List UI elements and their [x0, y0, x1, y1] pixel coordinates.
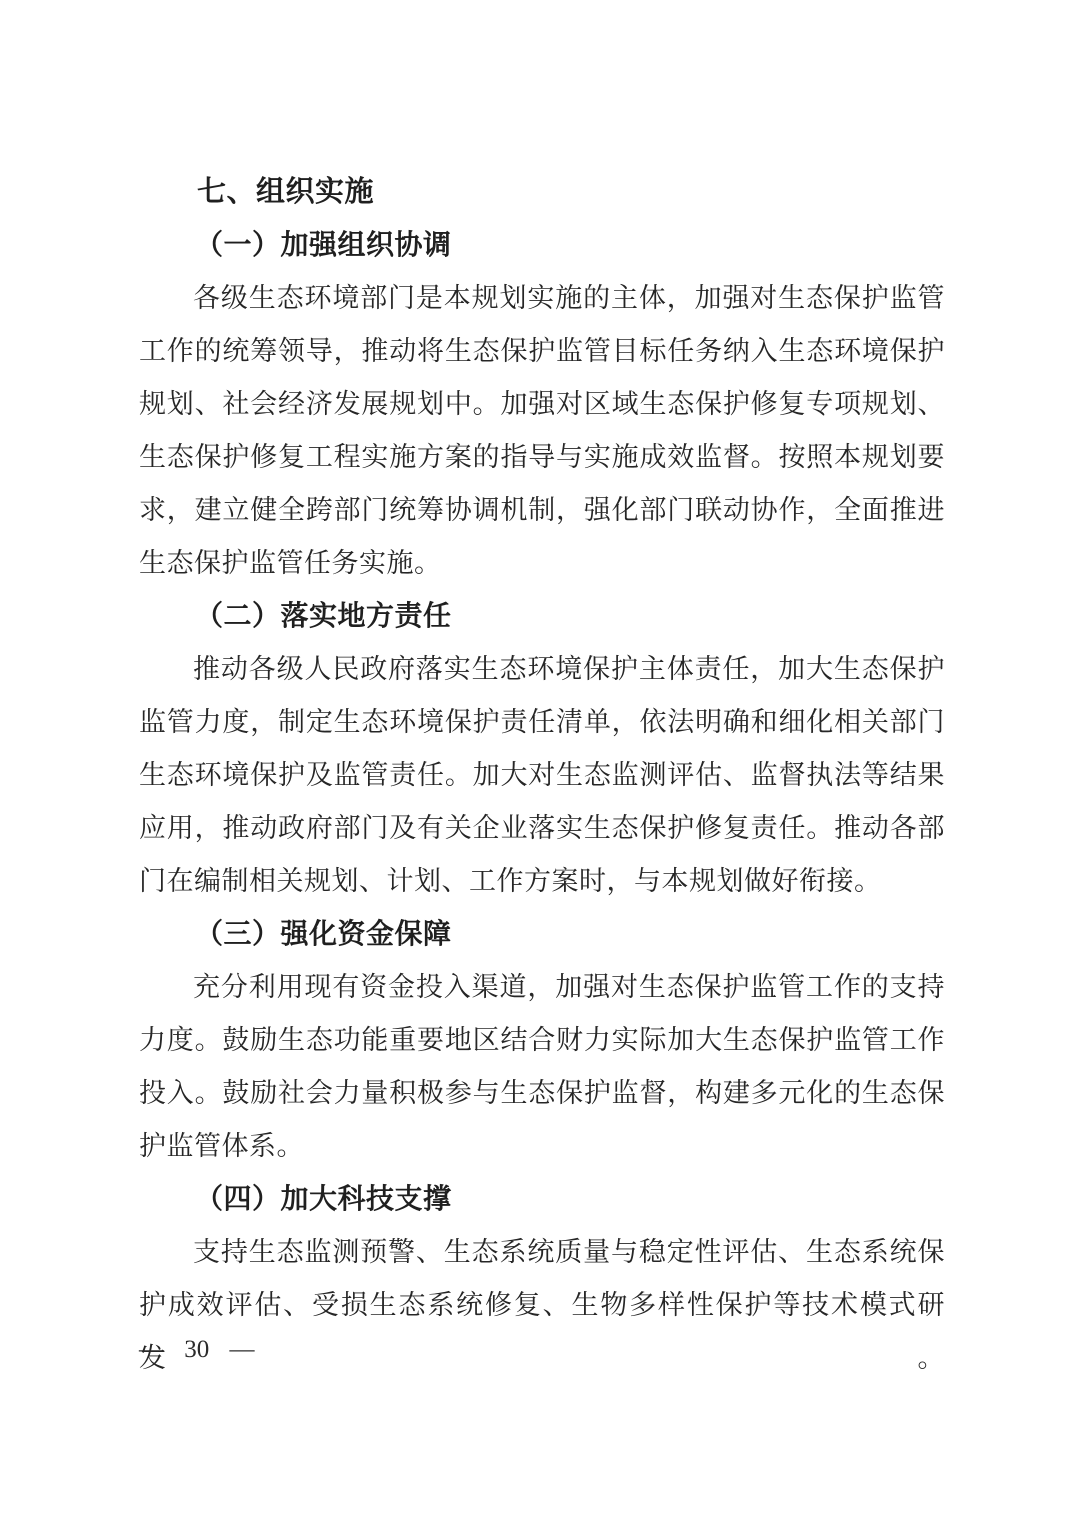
- document-page: 七、组织实施 （一）加强组织协调 各级生态环境部门是本规划实施的主体，加强对生态…: [0, 0, 1080, 1527]
- text-line: 应用，推动政府部门及有关企业落实生态保护修复责任。推动各部: [139, 802, 945, 855]
- text-line: 生态保护修复工程实施方案的指导与实施成效监督。按照本规划要: [139, 431, 945, 484]
- text-line: 生态环境保护及监管责任。加大对生态监测评估、监督执法等结果: [139, 749, 945, 802]
- text-line: 支持生态监测预警、生态系统质量与稳定性评估、生态系统保: [139, 1226, 945, 1279]
- text-line: 监管力度，制定生态环境保护责任清单，依法明确和细化相关部门: [139, 696, 945, 749]
- text-line: 门在编制相关规划、计划、工作方案时，与本规划做好衔接。: [139, 855, 945, 908]
- document-content: 七、组织实施 （一）加强组织协调 各级生态环境部门是本规划实施的主体，加强对生态…: [139, 166, 945, 1332]
- text-line: 力度。鼓励生态功能重要地区结合财力实际加大生态保护监管工作: [139, 1014, 945, 1067]
- text-line: 求，建立健全跨部门统筹协调机制，强化部门联动协作，全面推进: [139, 484, 945, 537]
- page-number: — 30 —: [139, 1330, 255, 1370]
- text-line: 护监管体系。: [139, 1120, 945, 1173]
- section-heading-1: （一）加强组织协调: [139, 219, 945, 272]
- text-line: 生态保护监管任务实施。: [139, 537, 945, 590]
- text-line: 规划、社会经济发展规划中。加强对区域生态保护修复专项规划、: [139, 378, 945, 431]
- text-line: 充分利用现有资金投入渠道，加强对生态保护监管工作的支持: [139, 961, 945, 1014]
- section-heading-2: （二）落实地方责任: [139, 590, 945, 643]
- chapter-title: 七、组织实施: [139, 166, 945, 219]
- text-line: 护成效评估、受损生态系统修复、生物多样性保护等技术模式研发。: [139, 1279, 945, 1332]
- section-heading-4: （四）加大科技支撑: [139, 1173, 945, 1226]
- text-line: 推动各级人民政府落实生态环境保护主体责任，加大生态保护: [139, 643, 945, 696]
- text-line: 各级生态环境部门是本规划实施的主体，加强对生态保护监管: [139, 272, 945, 325]
- text-line: 工作的统筹领导，推动将生态保护监管目标任务纳入生态环境保护: [139, 325, 945, 378]
- section-heading-3: （三）强化资金保障: [139, 908, 945, 961]
- text-line: 投入。鼓励社会力量积极参与生态保护监督，构建多元化的生态保: [139, 1067, 945, 1120]
